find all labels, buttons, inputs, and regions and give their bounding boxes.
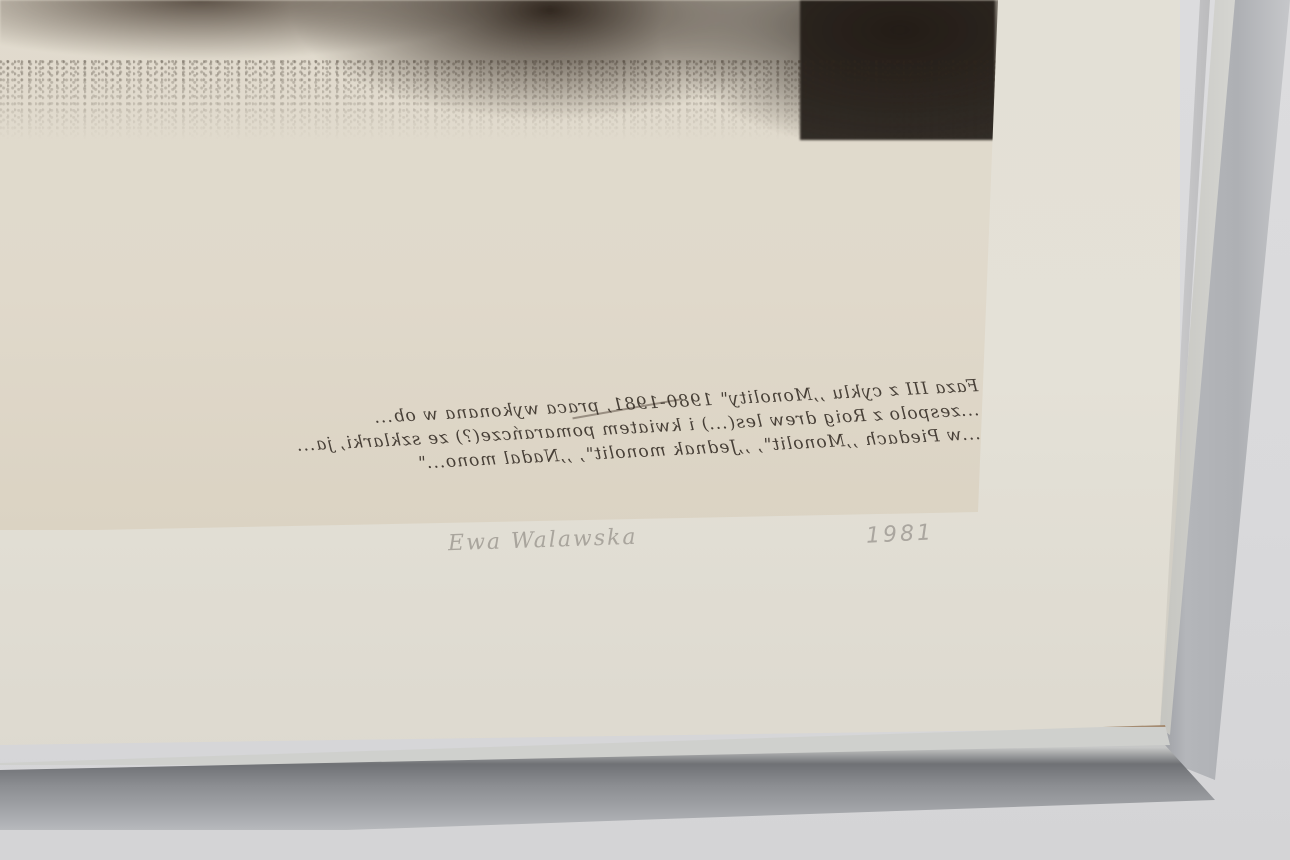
mirror-inscription: Faza III z cyklu ,,Monolity" 1980-1981, … <box>0 374 981 498</box>
signature-year: 1981 <box>865 520 934 549</box>
artwork-print: Faza III z cyklu ,,Monolity" 1980-1981, … <box>0 0 1000 530</box>
aquatint-speckle <box>0 60 1000 140</box>
